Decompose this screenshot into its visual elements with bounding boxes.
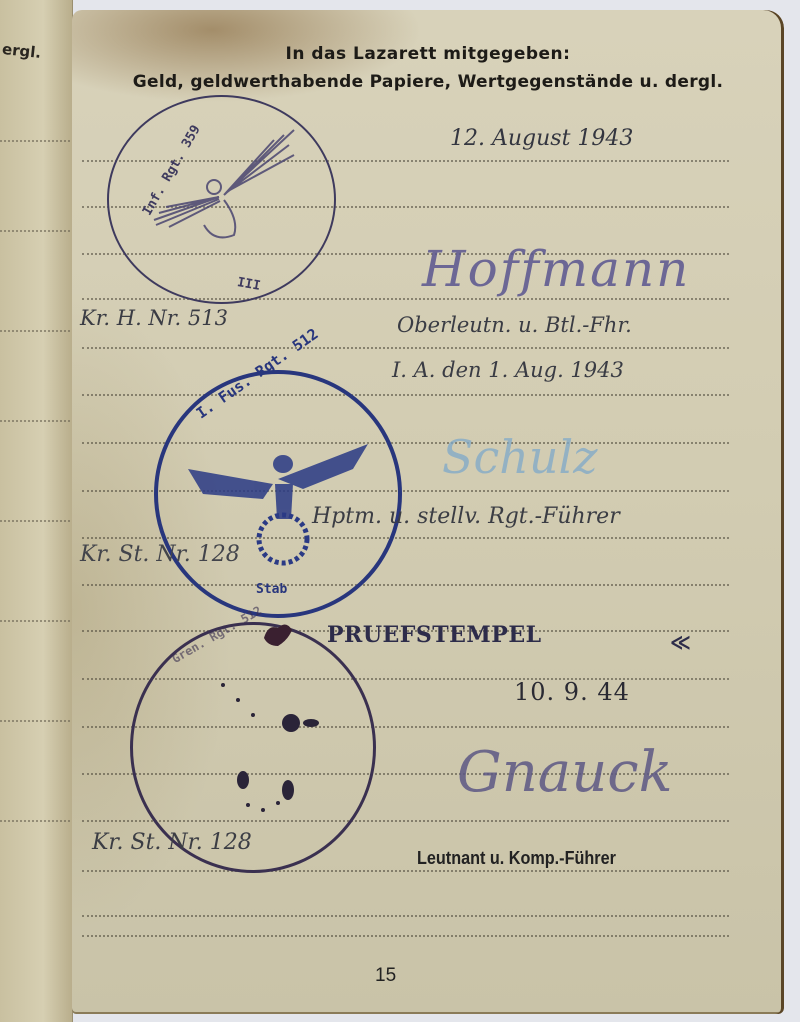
entry-1-date: 12. August 1943	[450, 126, 633, 151]
dotted-rule	[82, 298, 729, 300]
signature-hoffmann: Hoffmann	[422, 240, 690, 298]
entry-1-title-line-2: I. A. den 1. Aug. 1943	[392, 358, 624, 382]
entry-1-title-line-1: Oberleutn. u. Btl.-Fhr.	[397, 313, 632, 337]
dotted-rule	[82, 394, 729, 396]
dotted-line	[0, 140, 70, 142]
stamp-1-bottom-text: III	[236, 275, 262, 294]
reference-number-2: Kr. St. Nr. 128	[80, 542, 240, 567]
reference-number-1: Kr. H. Nr. 513	[80, 306, 228, 330]
dotted-line	[0, 820, 70, 822]
stamp-2-top-text: I. Fus. Rgt. 512	[193, 325, 322, 423]
left-page-text-fragment: ergl.	[1, 40, 42, 62]
dotted-rule	[82, 935, 729, 937]
stamp-3-top-text: Gren. Rgt. 512	[170, 603, 265, 666]
page-number: 15	[375, 965, 396, 987]
eagle-emblem-icon	[144, 125, 304, 245]
ink-blot	[260, 618, 296, 650]
document-page: In das Lazarett mitgegeben: Geld, geldwe…	[72, 10, 784, 1014]
dotted-rule	[82, 347, 729, 349]
dotted-rule	[82, 584, 729, 586]
eagle-emblem-icon	[183, 665, 323, 825]
check-stamp-arrow-icon: ≪	[670, 630, 691, 654]
unit-stamp-2: I. Fus. Rgt. 512 Stab	[154, 370, 402, 618]
dotted-rule	[82, 915, 729, 917]
dotted-line	[0, 720, 70, 722]
signature-gnauck: Gnauck	[457, 740, 673, 805]
check-stamp-date: 10. 9. 44	[514, 678, 630, 706]
header-line-2: Geld, geldwerthabende Papiere, Wertgegen…	[72, 72, 784, 92]
left-facing-page: ergl.	[0, 0, 73, 1022]
dotted-line	[0, 230, 70, 232]
header-line-1: In das Lazarett mitgegeben:	[72, 44, 784, 64]
signature-blue-pencil: Schulz	[442, 430, 597, 484]
unit-stamp-1: Inf. Rgt. 359 III	[107, 95, 336, 304]
entry-2-title: Hptm. u. stellv. Rgt.-Führer	[312, 504, 620, 529]
rank-stamp: Leutnant u. Komp.-Führer	[417, 848, 616, 869]
stamp-2-bottom-text: Stab	[256, 582, 287, 597]
dotted-rule	[82, 870, 729, 872]
dotted-line	[0, 520, 70, 522]
reference-number-3: Kr. St. Nr. 128	[92, 830, 252, 855]
page-header: In das Lazarett mitgegeben: Geld, geldwe…	[72, 44, 784, 92]
dotted-line	[0, 420, 70, 422]
dotted-line	[0, 620, 70, 622]
dotted-line	[0, 330, 70, 332]
check-stamp-label: PRUEFSTEMPEL	[327, 622, 542, 648]
